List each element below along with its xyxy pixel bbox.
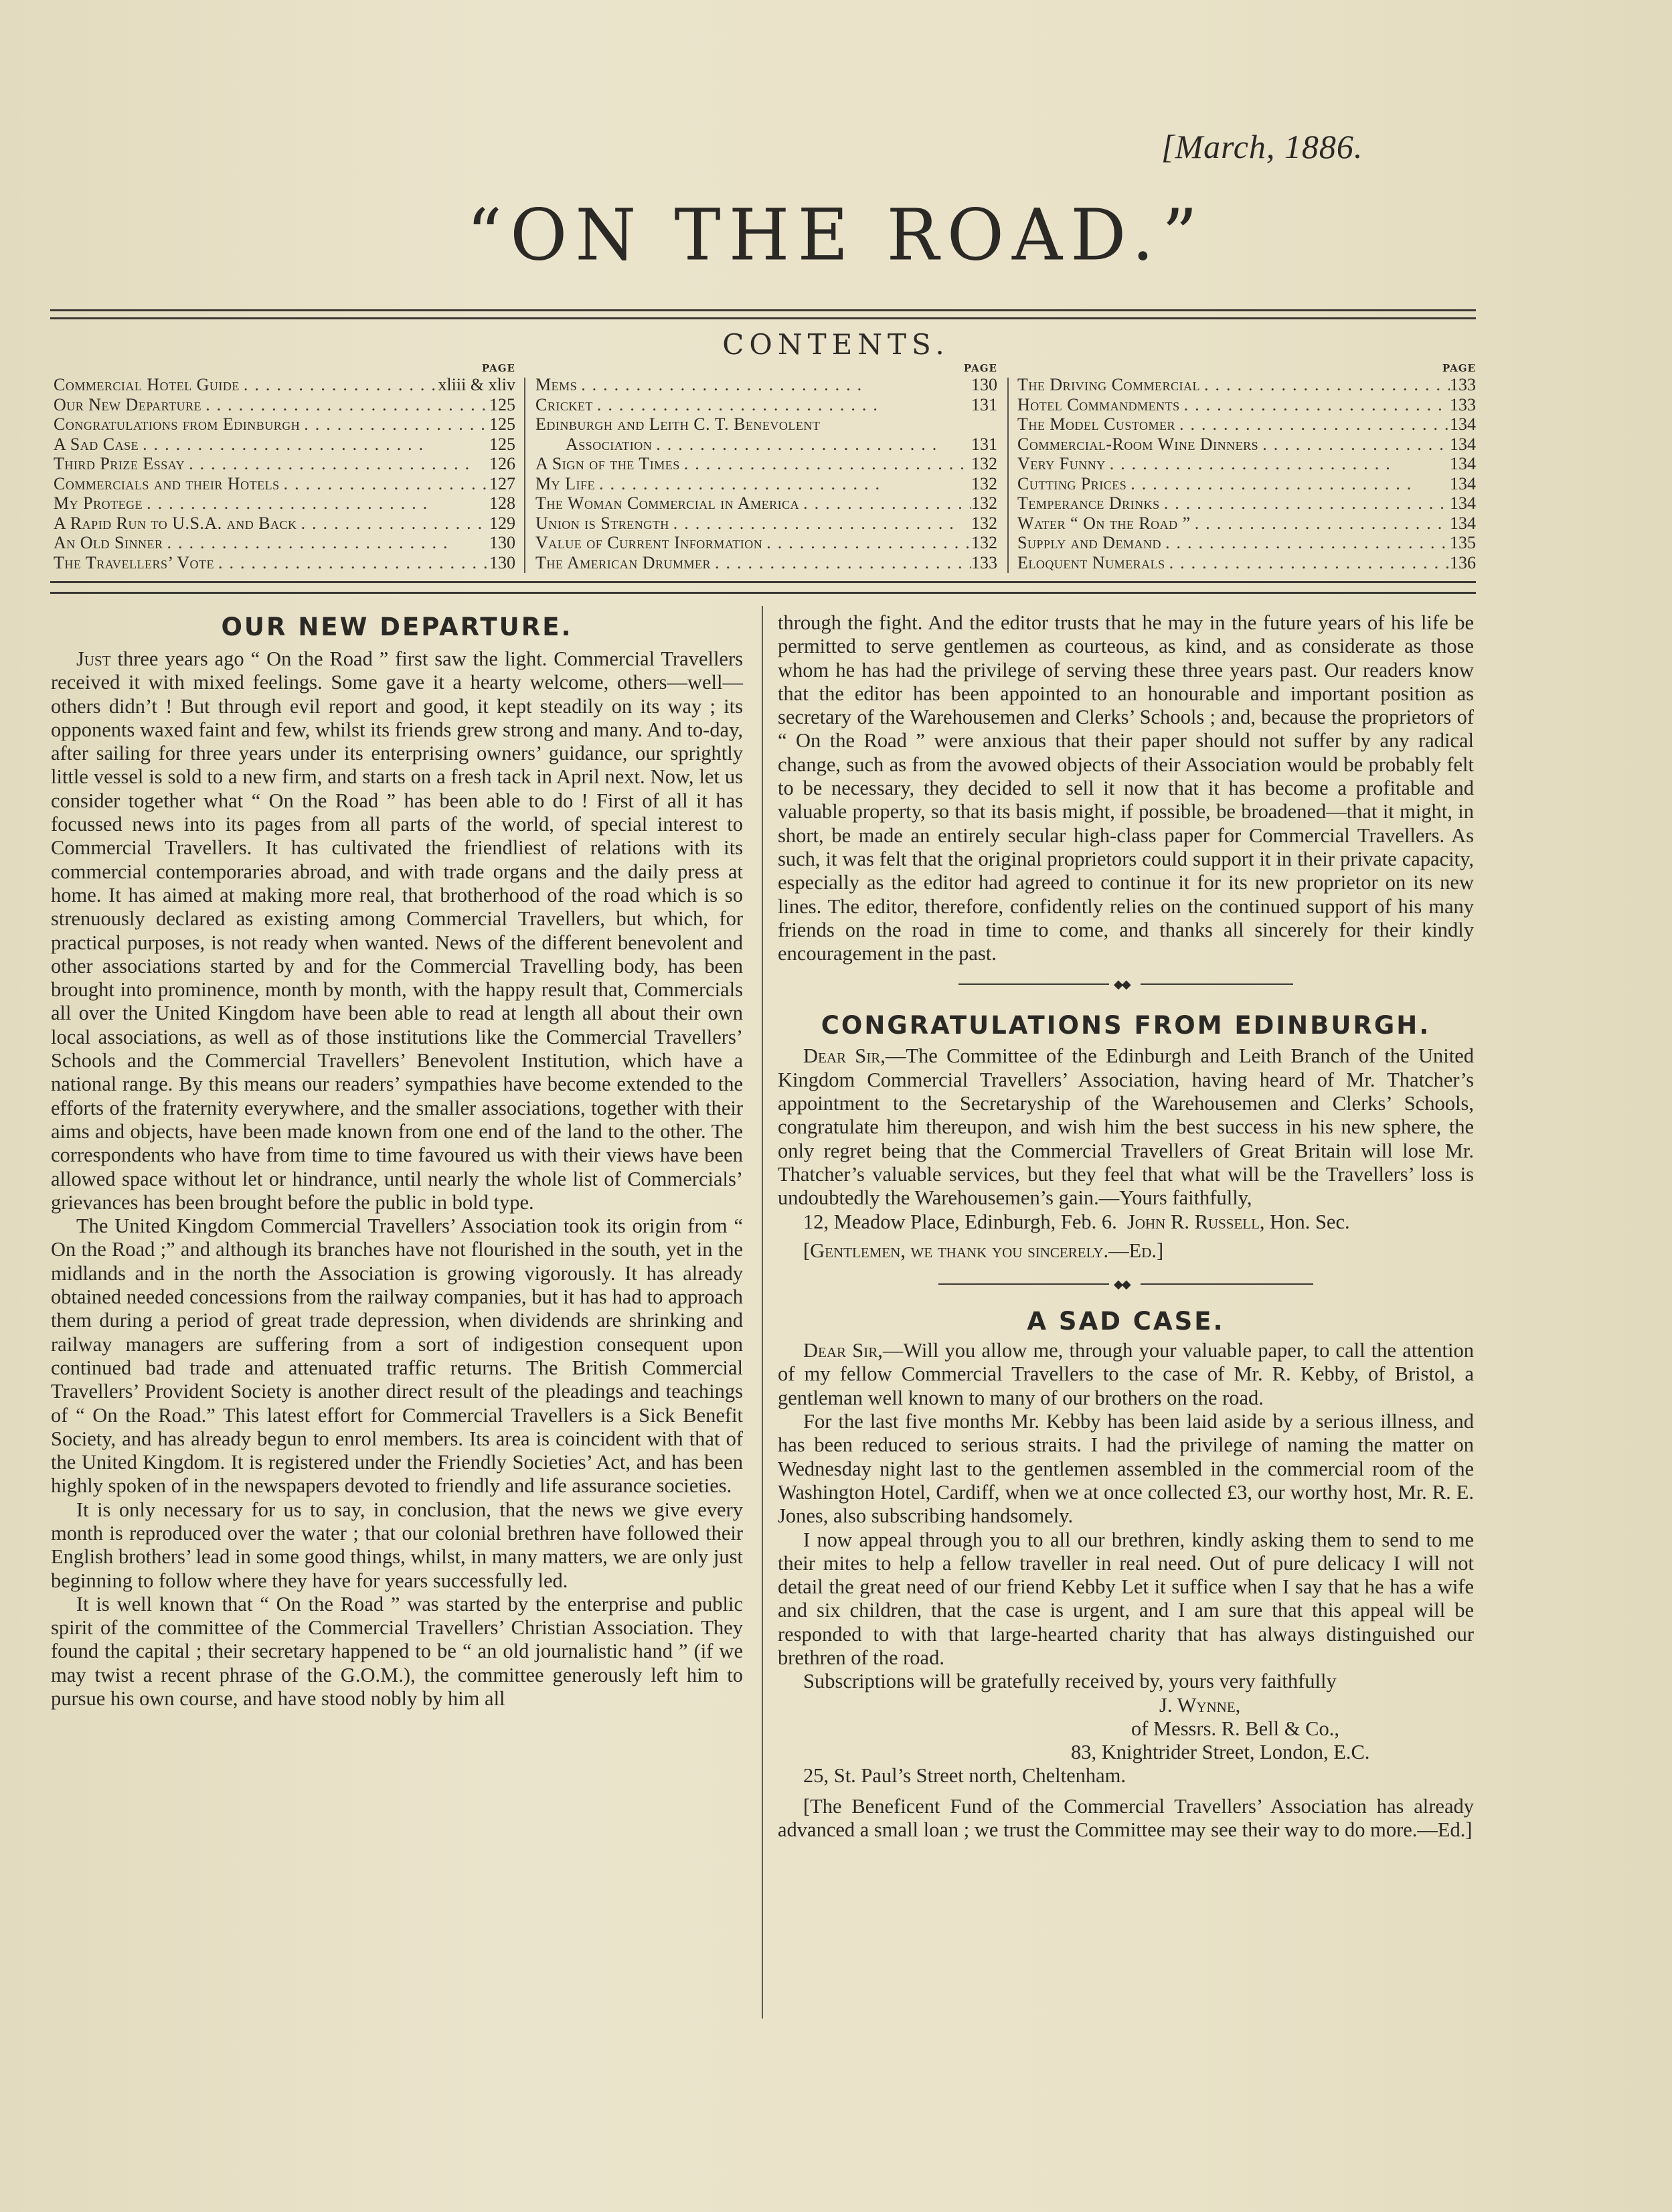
toc-entry[interactable]: Our New Departure.......................…: [54, 395, 515, 415]
article-paragraph: It is well known that “ On the Road ” wa…: [51, 1593, 743, 1711]
section-ornament: ◆◆: [938, 1277, 1313, 1291]
toc-divider-1: [524, 378, 525, 573]
left-column: OUR NEW DEPARTURE. Just three years ago …: [51, 613, 743, 1711]
diamond-ornament-icon: ◆◆: [1114, 977, 1130, 991]
header-rule-bottom: [50, 317, 1476, 319]
page-column-label: PAGE: [535, 362, 997, 375]
toc-entry[interactable]: Hotel Commandments......................…: [1017, 395, 1476, 415]
diamond-ornament-icon: ◆◆: [1114, 1277, 1130, 1291]
page-column-label: PAGE: [1017, 362, 1476, 375]
masthead-title: “ON THE ROAD.”: [0, 193, 1672, 276]
toc-entry[interactable]: The Model Customer......................…: [1017, 414, 1476, 434]
contents-rule-bottom: [50, 592, 1476, 594]
article-heading-our-new-departure: OUR NEW DEPARTURE.: [51, 613, 743, 642]
article-paragraph-continued: through the fight. And the editor trusts…: [778, 611, 1474, 965]
contents-rule-top: [50, 581, 1476, 583]
page-column-label: PAGE: [54, 362, 515, 375]
toc-entry[interactable]: Association..........................131: [535, 434, 997, 455]
letter-body: For the last five months Mr. Kebby has b…: [778, 1410, 1474, 1528]
article-paragraph: Just three years ago “ On the Road ” fir…: [51, 647, 743, 1214]
toc-entry[interactable]: My Protege..........................128: [54, 493, 515, 513]
article-paragraph: It is only necessary for us to say, in c…: [51, 1498, 743, 1593]
toc-entry[interactable]: Mems..........................130: [535, 375, 997, 395]
article-paragraph: The United Kingdom Commercial Travellers…: [51, 1214, 743, 1498]
toc-entry[interactable]: Eloquent Numerals.......................…: [1017, 553, 1476, 573]
toc-column-1: PAGE Commercial Hotel Guide.............…: [54, 362, 515, 572]
issue-date: [March, 1886.: [1161, 127, 1363, 166]
toc-entry[interactable]: Water “ On the Road ”...................…: [1017, 513, 1476, 534]
toc-entry[interactable]: The American Drummer....................…: [535, 553, 997, 573]
toc-column-3: PAGE The Driving Commercial.............…: [1017, 362, 1476, 572]
signature-street: 83, Knightrider Street, London, E.C.: [778, 1741, 1474, 1764]
toc-entry[interactable]: The Woman Commercial in America.........…: [535, 493, 997, 513]
toc-entry[interactable]: Third Prize Essay.......................…: [54, 454, 515, 474]
toc-entry[interactable]: Cricket..........................131: [535, 395, 997, 415]
toc-entry[interactable]: A Sad Case..........................125: [54, 434, 515, 455]
editor-note: [The Beneficent Fund of the Commercial T…: [778, 1795, 1474, 1842]
toc-entry[interactable]: Union is Strength.......................…: [535, 513, 997, 534]
toc-entry[interactable]: A Sign of the Times.....................…: [535, 454, 997, 474]
toc-entry[interactable]: Congratulations from Edinburgh..........…: [54, 414, 515, 434]
letter-body: I now appeal through you to all our bret…: [778, 1528, 1474, 1670]
toc-entry[interactable]: The Travellers’ Vote....................…: [54, 553, 515, 573]
toc-column-2: PAGE Mems..........................130 C…: [535, 362, 997, 572]
letter-signature: 12, Meadow Place, Edinburgh, Feb. 6. Joh…: [778, 1210, 1474, 1234]
contents-heading: CONTENTS.: [0, 328, 1672, 361]
article-heading-congratulations: CONGRATULATIONS FROM EDINBURGH.: [778, 1011, 1474, 1040]
right-column: through the fight. And the editor trusts…: [778, 611, 1474, 1842]
toc-entry[interactable]: The Driving Commercial..................…: [1017, 375, 1476, 395]
section-ornament: ◆◆: [958, 977, 1293, 991]
toc-entry[interactable]: Temperance Drinks.......................…: [1017, 493, 1476, 513]
article-heading-a-sad-case: A SAD CASE.: [778, 1307, 1474, 1336]
table-of-contents: PAGE Commercial Hotel Guide.............…: [0, 362, 1672, 576]
toc-entry[interactable]: Supply and Demand.......................…: [1017, 533, 1476, 553]
sender-address: 25, St. Paul’s Street north, Cheltenham.: [778, 1764, 1474, 1788]
letter-body: Dear Sir,—The Committee of the Edinburgh…: [778, 1044, 1474, 1210]
signature-firm: of Messrs. R. Bell & Co.,: [778, 1717, 1474, 1741]
signature-name: J. Wynne,: [778, 1694, 1474, 1717]
letter-body: Dear Sir,—Will you allow me, through you…: [778, 1339, 1474, 1410]
toc-entry[interactable]: Value of Current Information............…: [535, 533, 997, 553]
column-divider: [762, 606, 763, 2019]
toc-entry[interactable]: Commercials and their Hotels............…: [54, 474, 515, 494]
toc-entry[interactable]: Cutting Prices..........................…: [1017, 474, 1476, 494]
header-rule-top: [50, 309, 1476, 311]
letter-closing: Subscriptions will be gratefully receive…: [778, 1670, 1474, 1693]
toc-entry[interactable]: Edinburgh and Leith C. T. Benevolent.: [535, 414, 997, 434]
toc-entry[interactable]: Very Funny..........................134: [1017, 454, 1476, 474]
toc-entry[interactable]: A Rapid Run to U.S.A. and Back..........…: [54, 513, 515, 534]
toc-entry[interactable]: Commercial Hotel Guide..................…: [54, 375, 515, 395]
toc-entry[interactable]: An Old Sinner..........................1…: [54, 533, 515, 553]
editor-note: [Gentlemen, we thank you sincerely.—Ed.]: [778, 1239, 1474, 1263]
toc-entry[interactable]: My Life..........................132: [535, 474, 997, 494]
toc-entry[interactable]: Commercial-Room Wine Dinners............…: [1017, 434, 1476, 455]
toc-divider-2: [1007, 378, 1009, 573]
